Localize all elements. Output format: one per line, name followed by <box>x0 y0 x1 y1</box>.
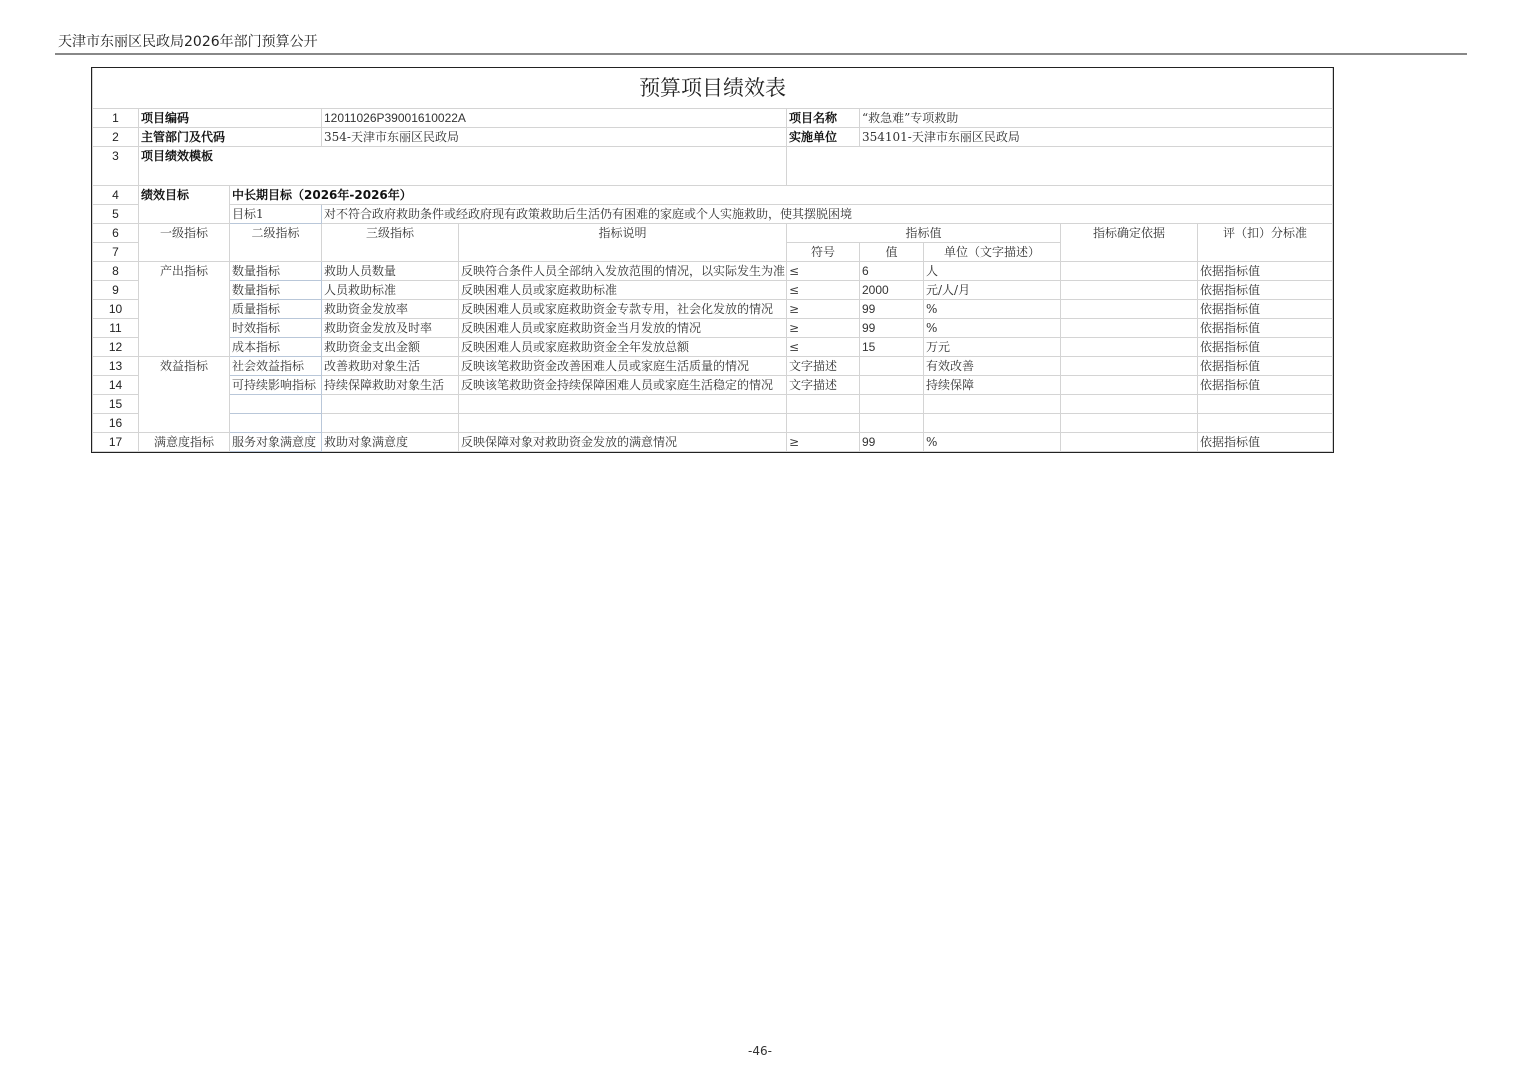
impl-unit-value: 354101-天津市东丽区民政局 <box>860 128 1333 147</box>
level3-cell <box>322 395 459 414</box>
row-number: 1 <box>93 109 139 128</box>
level2-cell <box>230 395 322 414</box>
row-number: 15 <box>93 395 139 414</box>
row-4: 4 绩效目标 中长期目标（2026年-2026年） <box>93 186 1333 205</box>
row-number: 2 <box>93 128 139 147</box>
scoring-cell: 依据指标值 <box>1198 376 1333 395</box>
description-cell <box>459 414 787 433</box>
row-number: 14 <box>93 376 139 395</box>
unit-cell <box>924 395 1061 414</box>
symbol-cell: ≥ <box>787 319 860 338</box>
row-2: 2 主管部门及代码 354-天津市东丽区民政局 实施单位 354101-天津市东… <box>93 128 1333 147</box>
project-name: “救急难”专项救助 <box>860 109 1333 128</box>
header-level3: 三级指标 <box>322 224 459 262</box>
row-1: 1 项目编码 12011026P39001610022A 项目名称 “救急难”专… <box>93 109 1333 128</box>
row-number: 4 <box>93 186 139 205</box>
table-row: 10质量指标救助资金发放率反映困难人员或家庭救助资金专款专用，社会化发放的情况≥… <box>93 300 1333 319</box>
description-cell: 反映该笔救助资金持续保障困难人员或家庭生活稳定的情况 <box>459 376 787 395</box>
row-number: 3 <box>93 147 139 186</box>
project-code: 12011026P39001610022A <box>322 109 787 128</box>
row-number: 8 <box>93 262 139 281</box>
project-code-label: 项目编码 <box>139 109 322 128</box>
dept-value: 354-天津市东丽区民政局 <box>322 128 787 147</box>
row-number: 16 <box>93 414 139 433</box>
row-number: 7 <box>93 243 139 262</box>
table-row: 8产出指标数量指标救助人员数量反映符合条件人员全部纳入发放范围的情况，以实际发生… <box>93 262 1333 281</box>
indicator-rows: 8产出指标数量指标救助人员数量反映符合条件人员全部纳入发放范围的情况，以实际发生… <box>93 262 1333 452</box>
basis-cell <box>1061 281 1198 300</box>
basis-cell <box>1061 357 1198 376</box>
document-header: 天津市东丽区民政局2026年部门预算公开 <box>58 31 318 51</box>
row-number: 11 <box>93 319 139 338</box>
unit-cell <box>924 414 1061 433</box>
header-target-value: 指标值 <box>787 224 1061 243</box>
row-number: 5 <box>93 205 139 224</box>
header-divider <box>55 53 1467 55</box>
symbol-cell: ≤ <box>787 262 860 281</box>
row-number: 10 <box>93 300 139 319</box>
symbol-cell: ≤ <box>787 281 860 300</box>
goal-period: 中长期目标（2026年-2026年） <box>230 186 1333 205</box>
description-cell: 反映符合条件人员全部纳入发放范围的情况，以实际发生为准 <box>459 262 787 281</box>
table-row: 9数量指标人员救助标准反映困难人员或家庭救助标准≤2000元/人/月依据指标值 <box>93 281 1333 300</box>
basis-cell <box>1061 319 1198 338</box>
row-5: 5 目标1 对不符合政府救助条件或经政府现有政策救助后生活仍有困难的家庭或个人实… <box>93 205 1333 224</box>
symbol-cell: ≤ <box>787 338 860 357</box>
level3-cell: 人员救助标准 <box>322 281 459 300</box>
level2-cell: 服务对象满意度 <box>230 433 322 452</box>
goal1-label: 目标1 <box>230 205 322 224</box>
value-cell: 99 <box>860 319 924 338</box>
value-cell: 99 <box>860 433 924 452</box>
description-cell <box>459 395 787 414</box>
header-symbol: 符号 <box>787 243 860 262</box>
row-number: 13 <box>93 357 139 376</box>
unit-cell: 万元 <box>924 338 1061 357</box>
group-output: 产出指标 <box>139 262 230 357</box>
unit-cell: 元/人/月 <box>924 281 1061 300</box>
scoring-cell: 依据指标值 <box>1198 319 1333 338</box>
value-cell: 15 <box>860 338 924 357</box>
header-value: 值 <box>860 243 924 262</box>
level2-cell: 数量指标 <box>230 262 322 281</box>
basis-cell <box>1061 262 1198 281</box>
value-cell <box>860 357 924 376</box>
table-row: 16 <box>93 414 1333 433</box>
description-cell: 反映困难人员或家庭救助标准 <box>459 281 787 300</box>
description-cell: 反映保障对象对救助资金发放的满意情况 <box>459 433 787 452</box>
level3-cell: 改善救助对象生活 <box>322 357 459 376</box>
header-basis: 指标确定依据 <box>1061 224 1198 262</box>
unit-cell: 有效改善 <box>924 357 1061 376</box>
level2-cell: 社会效益指标 <box>230 357 322 376</box>
description-cell: 反映困难人员或家庭救助资金全年发放总额 <box>459 338 787 357</box>
table-row: 12成本指标救助资金支出金额反映困难人员或家庭救助资金全年发放总额≤15万元依据… <box>93 338 1333 357</box>
description-cell: 反映困难人员或家庭救助资金专款专用，社会化发放的情况 <box>459 300 787 319</box>
level2-cell: 成本指标 <box>230 338 322 357</box>
row-number: 12 <box>93 338 139 357</box>
level2-cell: 时效指标 <box>230 319 322 338</box>
scoring-cell: 依据指标值 <box>1198 262 1333 281</box>
template-value <box>787 147 1333 186</box>
table-row: 17满意度指标服务对象满意度救助对象满意度反映保障对象对救助资金发放的满意情况≥… <box>93 433 1333 452</box>
value-cell <box>860 376 924 395</box>
symbol-cell: 文字描述 <box>787 357 860 376</box>
scoring-cell <box>1198 414 1333 433</box>
basis-cell <box>1061 376 1198 395</box>
basis-cell <box>1061 433 1198 452</box>
level3-cell <box>322 414 459 433</box>
value-cell: 99 <box>860 300 924 319</box>
level2-cell: 质量指标 <box>230 300 322 319</box>
row-number: 6 <box>93 224 139 243</box>
scoring-cell <box>1198 395 1333 414</box>
goal1-text: 对不符合政府救助条件或经政府现有政策救助后生活仍有困难的家庭或个人实施救助，使其… <box>322 205 1333 224</box>
level3-cell: 救助人员数量 <box>322 262 459 281</box>
unit-cell: 持续保障 <box>924 376 1061 395</box>
scoring-cell: 依据指标值 <box>1198 281 1333 300</box>
basis-cell <box>1061 338 1198 357</box>
level2-cell: 可持续影响指标 <box>230 376 322 395</box>
table-row: 11时效指标救助资金发放及时率反映困难人员或家庭救助资金当月发放的情况≥99%依… <box>93 319 1333 338</box>
row-number: 17 <box>93 433 139 452</box>
unit-cell: % <box>924 319 1061 338</box>
value-cell <box>860 395 924 414</box>
description-cell: 反映困难人员或家庭救助资金当月发放的情况 <box>459 319 787 338</box>
table-row: 14可持续影响指标持续保障救助对象生活反映该笔救助资金持续保障困难人员或家庭生活… <box>93 376 1333 395</box>
level3-cell: 持续保障救助对象生活 <box>322 376 459 395</box>
value-cell <box>860 414 924 433</box>
row-6: 6 一级指标 二级指标 三级指标 指标说明 指标值 指标确定依据 评（扣）分标准 <box>93 224 1333 243</box>
value-cell: 2000 <box>860 281 924 300</box>
unit-cell: % <box>924 433 1061 452</box>
performance-sheet: 预算项目绩效表 1 项目编码 12011026P39001610022A 项目名… <box>91 67 1334 453</box>
description-cell: 反映该笔救助资金改善困难人员或家庭生活质量的情况 <box>459 357 787 376</box>
scoring-cell: 依据指标值 <box>1198 433 1333 452</box>
level3-cell: 救助资金发放及时率 <box>322 319 459 338</box>
symbol-cell: ≥ <box>787 433 860 452</box>
unit-cell: 人 <box>924 262 1061 281</box>
goal-label: 绩效目标 <box>139 186 230 205</box>
scoring-cell: 依据指标值 <box>1198 357 1333 376</box>
row-number: 9 <box>93 281 139 300</box>
symbol-cell: 文字描述 <box>787 376 860 395</box>
level2-cell: 数量指标 <box>230 281 322 300</box>
goal-label-cont <box>139 205 230 224</box>
basis-cell <box>1061 414 1198 433</box>
group-satisfaction: 满意度指标 <box>139 433 230 452</box>
impl-unit-label: 实施单位 <box>787 128 860 147</box>
level3-cell: 救助资金支出金额 <box>322 338 459 357</box>
performance-table: 预算项目绩效表 1 项目编码 12011026P39001610022A 项目名… <box>92 68 1333 452</box>
header-level1: 一级指标 <box>139 224 230 262</box>
page-number: -46- <box>0 1044 1520 1058</box>
symbol-cell <box>787 395 860 414</box>
table-row: 15 <box>93 395 1333 414</box>
header-scoring: 评（扣）分标准 <box>1198 224 1333 262</box>
header-level2: 二级指标 <box>230 224 322 262</box>
row-3: 3 项目绩效模板 <box>93 147 1333 186</box>
symbol-cell <box>787 414 860 433</box>
level3-cell: 救助资金发放率 <box>322 300 459 319</box>
scoring-cell: 依据指标值 <box>1198 300 1333 319</box>
header-unit: 单位（文字描述） <box>924 243 1061 262</box>
unit-cell: % <box>924 300 1061 319</box>
symbol-cell: ≥ <box>787 300 860 319</box>
table-row: 13效益指标社会效益指标改善救助对象生活反映该笔救助资金改善困难人员或家庭生活质… <box>93 357 1333 376</box>
project-name-label: 项目名称 <box>787 109 860 128</box>
sheet-title: 预算项目绩效表 <box>93 68 1333 109</box>
level3-cell: 救助对象满意度 <box>322 433 459 452</box>
group-benefit: 效益指标 <box>139 357 230 433</box>
level2-cell <box>230 414 322 433</box>
dept-label: 主管部门及代码 <box>139 128 322 147</box>
value-cell: 6 <box>860 262 924 281</box>
basis-cell <box>1061 395 1198 414</box>
template-label: 项目绩效模板 <box>139 147 787 186</box>
basis-cell <box>1061 300 1198 319</box>
scoring-cell: 依据指标值 <box>1198 338 1333 357</box>
header-description: 指标说明 <box>459 224 787 262</box>
